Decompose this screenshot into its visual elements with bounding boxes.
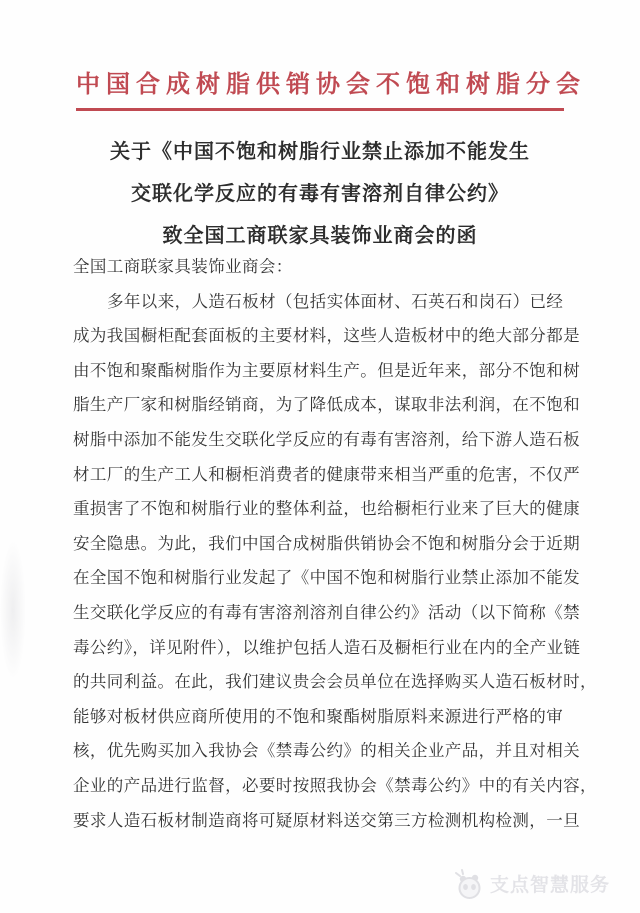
body-line: 要求人造石板材制造商将可疑原材料送交第三方检测机构检测，一旦 bbox=[73, 804, 569, 839]
title-line-2: 交联化学反应的有毒有害溶剂自律公约》 bbox=[0, 173, 640, 215]
scan-artifact bbox=[0, 540, 26, 680]
body-line: 树脂中添加不能发生交联化学反应的有毒有害溶剂，给下游人造石板 bbox=[73, 423, 569, 458]
watermark: 支点智慧服务 bbox=[450, 865, 610, 901]
body-line: 脂生产厂家和树脂经销商，为了降低成本，谋取非法利润，在不饱和 bbox=[73, 388, 569, 423]
body-line: 材工厂的生产工人和橱柜消费者的健康带来相当严重的危害，不仅严 bbox=[73, 458, 569, 493]
body-line: 由不饱和聚酯树脂作为主要原材料生产。但是近年来，部分不饱和树 bbox=[73, 354, 569, 389]
body-line: 生交联化学反应的有毒有害溶剂溶剂自律公约》活动（以下简称《禁 bbox=[73, 596, 569, 631]
letter-body: 全国工商联家具装饰业商会： 多年以来，人造石板材（包括实体面材、石英石和岗石）已… bbox=[73, 250, 569, 838]
panda-logo-icon bbox=[450, 865, 484, 901]
body-line: 安全隐患。为此，我们中国合成树脂供销协会不饱和树脂分会于近期 bbox=[73, 527, 569, 562]
salutation: 全国工商联家具装饰业商会： bbox=[73, 250, 569, 285]
body-line: 企业的产品进行监督，必要时按照我协会《禁毒公约》中的有关内容， bbox=[73, 769, 569, 804]
watermark-label: 支点智慧服务 bbox=[490, 870, 610, 897]
body-line: 能够对板材供应商所使用的不饱和聚酯树脂原料来源进行严格的审 bbox=[73, 700, 569, 735]
org-header: 中国合成树脂供销协会不饱和树脂分会 bbox=[76, 64, 564, 111]
body-line: 核，优先购买加入我协会《禁毒公约》的相关企业产品，并且对相关 bbox=[73, 734, 569, 769]
body-line: 成为我国橱柜配套面板的主要材料，这些人造板材中的绝大部分都是 bbox=[73, 319, 569, 354]
body-line: 毒公约》，详见附件），以维护包括人造石及橱柜行业在内的全产业链 bbox=[73, 631, 569, 666]
body-line: 多年以来，人造石板材（包括实体面材、石英石和岗石）已经 bbox=[73, 285, 569, 320]
document-title: 关于《中国不饱和树脂行业禁止添加不能发生 交联化学反应的有毒有害溶剂自律公约》 … bbox=[0, 131, 640, 257]
body-line: 重损害了不饱和树脂行业的整体利益，也给橱柜行业来了巨大的健康 bbox=[73, 492, 569, 527]
body-line: 在全国不饱和树脂行业发起了《中国不饱和树脂行业禁止添加不能发 bbox=[73, 561, 569, 596]
document-page: 中国合成树脂供销协会不饱和树脂分会 关于《中国不饱和树脂行业禁止添加不能发生 交… bbox=[0, 0, 640, 913]
org-name: 中国合成树脂供销协会不饱和树脂分会 bbox=[76, 64, 564, 99]
body-line: 的共同利益。在此，我们建议贵会会员单位在选择购买人造石板材时， bbox=[73, 665, 569, 700]
title-line-1: 关于《中国不饱和树脂行业禁止添加不能发生 bbox=[0, 131, 640, 173]
